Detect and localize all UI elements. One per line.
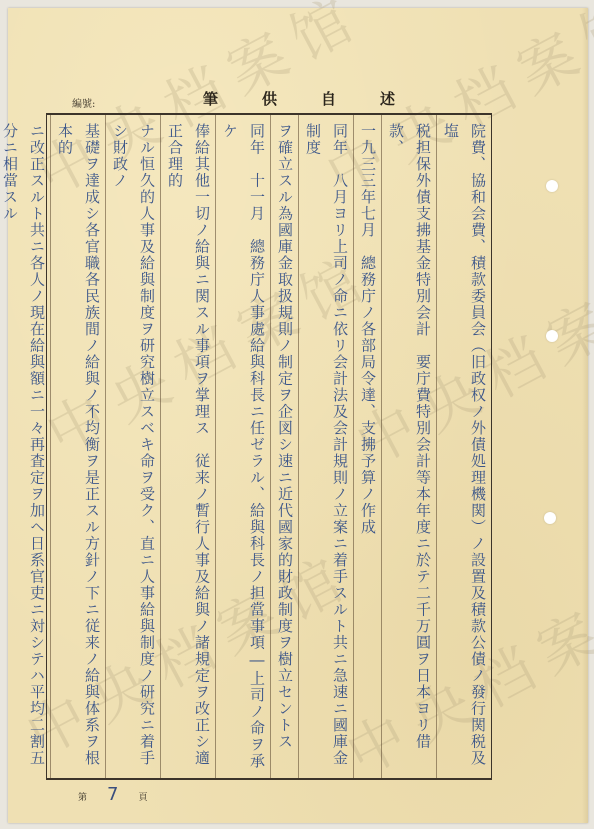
punch-hole	[546, 180, 558, 192]
text-column: 同年 十一月 總務庁人事處給與科長ニ任ゼラル、給與科長ノ担當事項―上司ノ命ヲ承ケ	[215, 115, 270, 778]
text-column: ニ改正スルト共ニ各人ノ現在給與額ニ一々再査定ヲ加ヘ日系官吏ニ対シテハ平均二割五分…	[0, 115, 50, 778]
document-page: 中央档案馆 中央档案馆 中央档案馆 中央档案馆 中央档案馆 中央档案馆 編號: …	[8, 8, 588, 823]
title-char: 自	[321, 88, 336, 109]
page-suffix: 頁	[138, 790, 147, 803]
punch-hole	[546, 330, 558, 342]
column-text: 俸給其他一切ノ給與ニ関スル事項ヲ掌理ス 従来ノ暫行人事及給與ノ諸規定ヲ改正シ適正…	[161, 123, 215, 773]
page-prefix: 第	[78, 790, 87, 803]
column-text: 一九三三年七月 總務庁ノ各部局令達、支拂予算ノ作成	[354, 123, 381, 773]
column-text: ヲ確立スル為國庫金取扱規則ノ制定ヲ企図シ速ニ近代國家的財政制度ヲ樹立セントス	[271, 123, 298, 773]
text-column: 同年 八月ヨリ上司ノ命ニ依リ会計法及会計規則ノ立案ニ着手スルト共ニ急速ニ國庫金制…	[298, 115, 353, 778]
column-text: ナル恒久的人事及給與制度ヲ研究樹立スベキ命ヲ受ク、直ニ人事給與制度ノ研究ニ着手シ…	[106, 123, 160, 773]
column-text: 税担保外債支拂基金特別会計 要庁費特別会計等本年度ニ於テ二千万圓ヲ日本ヨリ借款、	[382, 123, 436, 773]
column-text: 同年 十一月 總務庁人事處給與科長ニ任ゼラル、給與科長ノ担當事項―上司ノ命ヲ承ケ	[216, 123, 270, 773]
text-column: 俸給其他一切ノ給與ニ関スル事項ヲ掌理ス 従来ノ暫行人事及給與ノ諸規定ヲ改正シ適正…	[160, 115, 215, 778]
page-number: 7	[107, 784, 118, 805]
text-column: ヲ確立スル為國庫金取扱規則ノ制定ヲ企図シ速ニ近代國家的財政制度ヲ樹立セントス	[270, 115, 298, 778]
page-footer: 第 7 頁	[78, 784, 147, 805]
title-char: 供	[262, 88, 277, 109]
column-text: ニ改正スルト共ニ各人ノ現在給與額ニ一々再査定ヲ加ヘ日系官吏ニ対シテハ平均二割五分…	[0, 123, 50, 773]
text-column: 院費、協和会費、積款委員会（旧政权ノ外債処理機関）ノ設置及積款公債ノ發行関税及塩	[436, 115, 491, 778]
column-text: 同年 八月ヨリ上司ノ命ニ依リ会計法及会計規則ノ立案ニ着手スルト共ニ急速ニ國庫金制…	[299, 123, 353, 773]
punch-hole	[544, 512, 556, 524]
page-edge-shadow	[582, 8, 588, 823]
document-number-label: 編號:	[72, 95, 95, 110]
column-text: 院費、協和会費、積款委員会（旧政权ノ外債処理機関）ノ設置及積款公債ノ發行関税及塩	[437, 123, 491, 773]
text-column: 一九三三年七月 總務庁ノ各部局令達、支拂予算ノ作成	[353, 115, 381, 778]
text-column: 税担保外債支拂基金特別会計 要庁費特別会計等本年度ニ於テ二千万圓ヲ日本ヨリ借款、	[381, 115, 436, 778]
title-char: 述	[380, 88, 395, 109]
text-column: ナル恒久的人事及給與制度ヲ研究樹立スベキ命ヲ受ク、直ニ人事給與制度ノ研究ニ着手シ…	[105, 115, 160, 778]
manuscript-grid: 院費、協和会費、積款委員会（旧政权ノ外債処理機関）ノ設置及積款公債ノ發行関税及塩…	[46, 113, 492, 780]
title-char: 筆	[203, 88, 218, 109]
text-column: 基礎ヲ達成シ各官職各民族間ノ給與ノ不均衡ヲ是正スル方針ノ下ニ従来ノ給與体系ヲ根本…	[50, 115, 105, 778]
column-text: 基礎ヲ達成シ各官職各民族間ノ給與ノ不均衡ヲ是正スル方針ノ下ニ従来ノ給與体系ヲ根本…	[51, 123, 105, 773]
document-title: 筆 供 自 述	[203, 88, 395, 109]
